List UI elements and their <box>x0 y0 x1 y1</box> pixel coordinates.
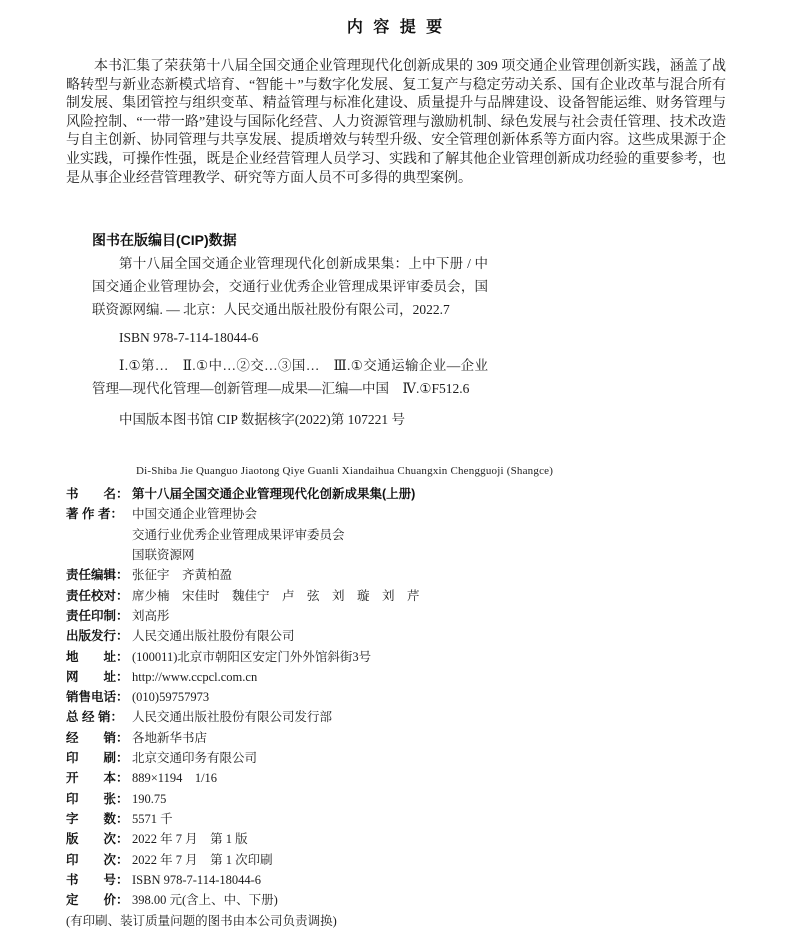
row-label: 印 张： <box>66 789 132 809</box>
row-label: 总 经 销： <box>66 707 132 727</box>
row-label: 网 址： <box>66 667 132 687</box>
row-label: 版 次： <box>66 829 132 849</box>
row-isbn: 书 号： ISBN 978-7-114-18044-6 <box>66 870 726 890</box>
row-value: 398.00 元(含上、中、下册) <box>132 890 726 910</box>
row-value: 张征宇 齐黄柏盈 <box>132 565 726 585</box>
row-value: 人民交通出版社股份有限公司 <box>132 626 726 646</box>
row-value: 国联资源网 <box>132 545 726 565</box>
colophon-block: Di-Shiba Jie Quanguo Jiaotong Qiye Guanl… <box>66 465 726 932</box>
cip-record-number: 中国版本图书馆 CIP 数据核字(2022)第 107221 号 <box>92 408 488 431</box>
row-value: 刘高彤 <box>132 606 726 626</box>
row-label: 定 价： <box>66 890 132 910</box>
row-value: 席少楠 宋佳时 魏佳宁 卢 弦 刘 璇 刘 芹 <box>132 586 726 606</box>
row-value: 2022 年 7 月 第 1 次印刷 <box>132 850 726 870</box>
row-print-supervisor: 责任印制： 刘高彤 <box>66 606 726 626</box>
row-value: 2022 年 7 月 第 1 版 <box>132 829 726 849</box>
row-value: 人民交通出版社股份有限公司发行部 <box>132 707 726 727</box>
row-value: ISBN 978-7-114-18044-6 <box>132 870 726 890</box>
row-printer: 印 刷： 北京交通印务有限公司 <box>66 748 726 768</box>
row-sheets: 印 张： 190.75 <box>66 789 726 809</box>
page-title: 内 容 提 要 <box>66 14 726 37</box>
row-value: 190.75 <box>132 789 726 809</box>
row-value: 中国交通企业管理协会 <box>132 504 726 524</box>
row-value: 北京交通印务有限公司 <box>132 748 726 768</box>
row-price: 定 价： 398.00 元(含上、中、下册) <box>66 890 726 910</box>
row-value: (010)59757973 <box>132 687 726 707</box>
row-impression: 印 次： 2022 年 7 月 第 1 次印刷 <box>66 850 726 870</box>
row-value: 各地新华书店 <box>132 728 726 748</box>
row-edition: 版 次： 2022 年 7 月 第 1 版 <box>66 829 726 849</box>
row-label: 出版发行： <box>66 626 132 646</box>
row-value: 交通行业优秀企业管理成果评审委员会 <box>132 525 726 545</box>
row-label: 销售电话： <box>66 687 132 707</box>
row-label: 责任印制： <box>66 606 132 626</box>
row-sales-phone: 销售电话： (010)59757973 <box>66 687 726 707</box>
row-value: 第十八届全国交通企业管理现代化创新成果集(上册) <box>132 484 726 504</box>
cip-block: 图书在版编目(CIP)数据 第十八届全国交通企业管理现代化创新成果集：上中下册 … <box>92 229 488 431</box>
row-label: 印 次： <box>66 850 132 870</box>
row-address: 地 址： (100011)北京市朝阳区安定门外外馆斜街3号 <box>66 647 726 667</box>
row-label: 书 号： <box>66 870 132 890</box>
row-format: 开 本： 889×1194 1/16 <box>66 768 726 788</box>
pinyin-title: Di-Shiba Jie Quanguo Jiaotong Qiye Guanl… <box>136 465 726 477</box>
row-value: (100011)北京市朝阳区安定门外外馆斜街3号 <box>132 647 726 667</box>
row-distributor: 经 销： 各地新华书店 <box>66 728 726 748</box>
row-label: 地 址： <box>66 647 132 667</box>
cip-heading: 图书在版编目(CIP)数据 <box>92 229 488 252</box>
row-label: 责任校对： <box>66 586 132 606</box>
row-label: 开 本： <box>66 768 132 788</box>
row-label: 责任编辑： <box>66 565 132 585</box>
row-label: 著 作 者： <box>66 504 132 524</box>
cip-classification: Ⅰ.①第… Ⅱ.①中…②交…③国… Ⅲ.①交通运输企业—企业管理—现代化管理—创… <box>92 354 488 400</box>
row-book-title: 书 名： 第十八届全国交通企业管理现代化创新成果集(上册) <box>66 484 726 504</box>
row-label: 印 刷： <box>66 748 132 768</box>
row-proofreaders: 责任校对： 席少楠 宋佳时 魏佳宁 卢 弦 刘 璇 刘 芹 <box>66 586 726 606</box>
copyright-page: 内 容 提 要 本书汇集了荣获第十八届全国交通企业管理现代化创新成果的 309 … <box>0 0 790 948</box>
row-general-distributor: 总 经 销： 人民交通出版社股份有限公司发行部 <box>66 707 726 727</box>
row-authors: 著 作 者： 中国交通企业管理协会 <box>66 504 726 524</box>
row-publisher: 出版发行： 人民交通出版社股份有限公司 <box>66 626 726 646</box>
cip-isbn: ISBN 978-7-114-18044-6 <box>92 326 488 349</box>
cip-description: 第十八届全国交通企业管理现代化创新成果集：上中下册 / 中国交通企业管理协会，交… <box>92 252 488 321</box>
row-label: 经 销： <box>66 728 132 748</box>
row-word-count: 字 数： 5571 千 <box>66 809 726 829</box>
row-value: 889×1194 1/16 <box>132 768 726 788</box>
row-value: http://www.ccpcl.com.cn <box>132 667 726 687</box>
row-label: 书 名： <box>66 484 132 504</box>
row-label <box>66 545 132 565</box>
row-label <box>66 525 132 545</box>
row-website: 网 址： http://www.ccpcl.com.cn <box>66 667 726 687</box>
quality-note: (有印刷、装订质量问题的图书由本公司负责调换) <box>66 911 726 931</box>
row-value: 5571 千 <box>132 809 726 829</box>
row-label: 字 数： <box>66 809 132 829</box>
row-editor: 责任编辑： 张征宇 齐黄柏盈 <box>66 565 726 585</box>
row-authors-cont: 交通行业优秀企业管理成果评审委员会 <box>66 525 726 545</box>
summary-paragraph: 本书汇集了荣获第十八届全国交通企业管理现代化创新成果的 309 项交通企业管理创… <box>66 58 726 188</box>
row-authors-cont: 国联资源网 <box>66 545 726 565</box>
